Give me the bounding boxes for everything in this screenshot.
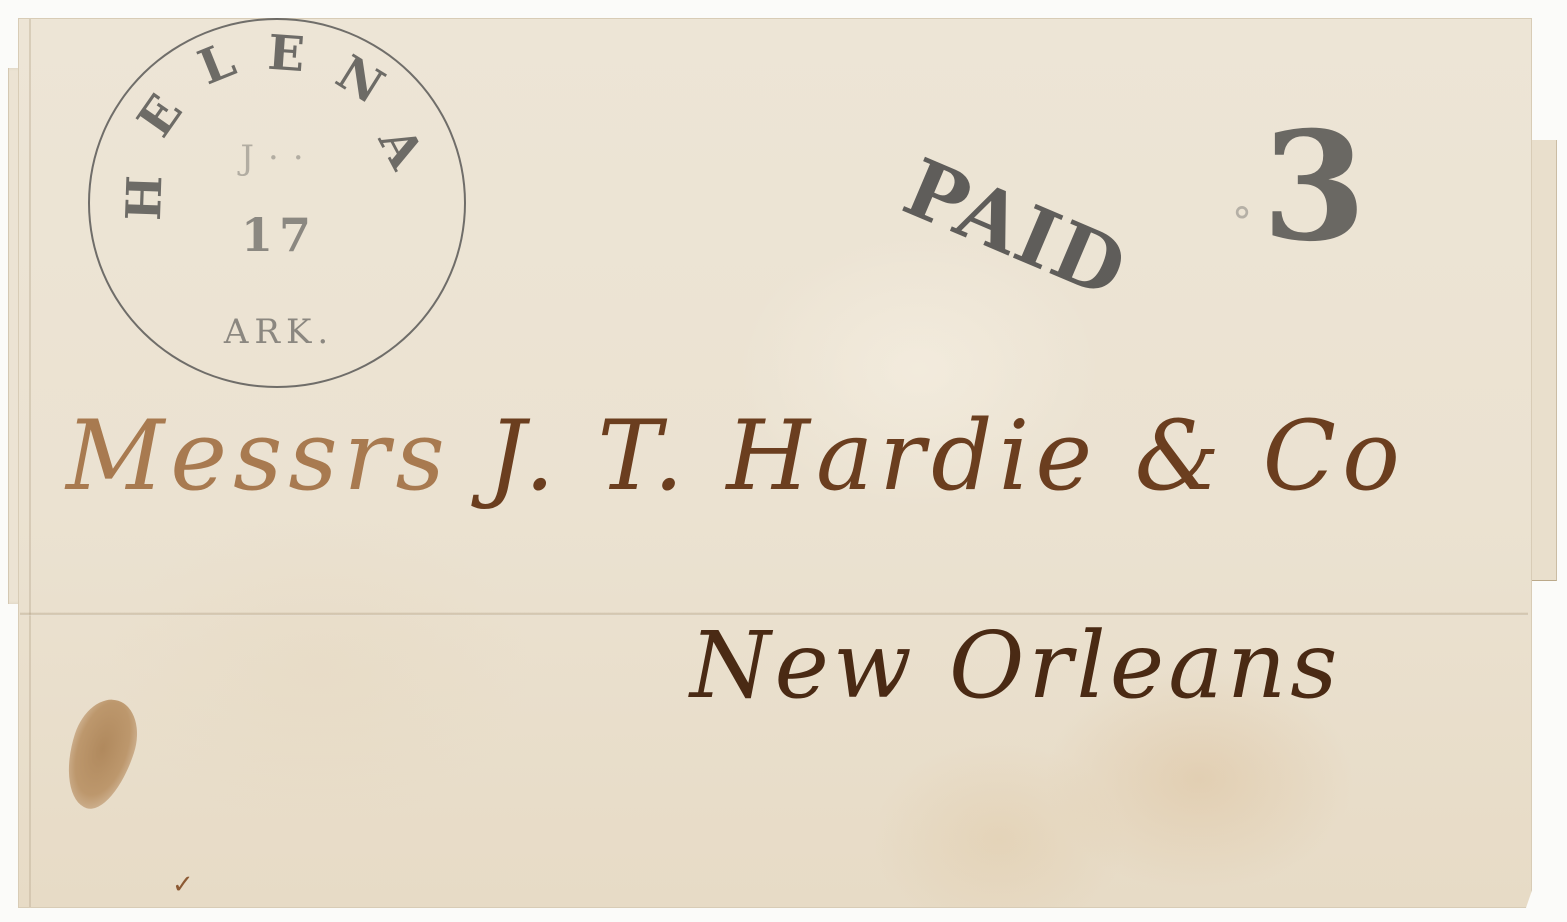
- addressee-name: Hardie & Co: [726, 400, 1406, 512]
- address-city: New Orleans: [690, 612, 1342, 719]
- addressee-initials: J. T.: [487, 400, 690, 512]
- letter-scan: ✓ H E L E N A J·· 17 ARK. PAID ° 3 Messr…: [0, 0, 1567, 922]
- salutation: Messrs: [66, 400, 451, 512]
- helena-postmark: H E L E N A J·· 17 ARK.: [88, 18, 466, 388]
- postmark-state: ARK.: [90, 312, 468, 352]
- pen-tick-mark: ✓: [172, 872, 186, 902]
- address-addressee: Messrs J. T. Hardie & Co: [66, 400, 1406, 512]
- postmark-month: J··: [90, 138, 468, 178]
- postmark-day: 17: [90, 208, 468, 262]
- rate-smudge: °: [1232, 200, 1252, 246]
- rate-handstamp: 3: [1262, 112, 1366, 262]
